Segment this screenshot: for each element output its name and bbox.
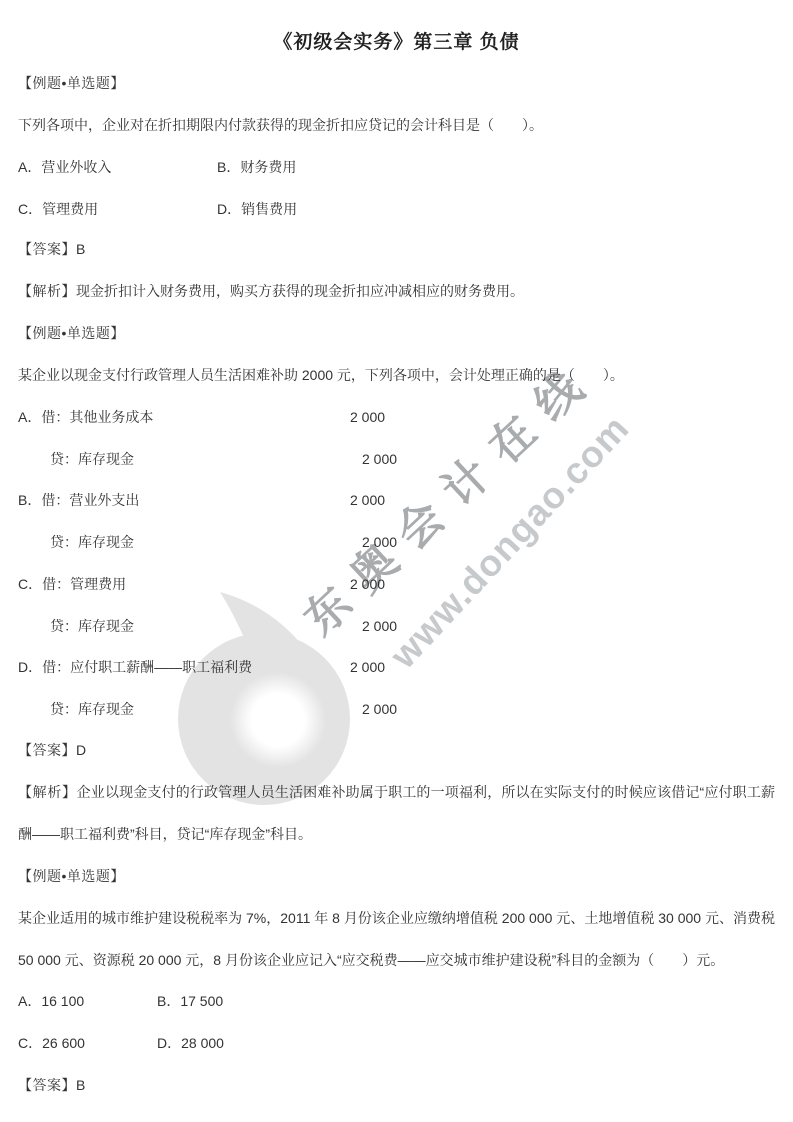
q3-option-d: D．28 000	[157, 1033, 224, 1053]
q2-entry-d-credit-line: 贷：库存现金 2 000	[18, 699, 775, 719]
q1-analysis-line: 【解析】现金折扣计入财务费用，购买方获得的现金折扣应冲减相应的财务费用。	[18, 281, 775, 301]
q2-entry-c-debit-amount: 2 000	[350, 574, 385, 594]
q2-entry-d-credit-amount: 2 000	[362, 699, 397, 719]
q3-options-row-2: C．26 600 D．28 000	[18, 1033, 775, 1053]
q2-analysis-line-1: 【解析】企业以现金支付的行政管理人员生活困难补助属于职工的一项福利，所以在实际支…	[18, 782, 775, 802]
q1-options-row-1: A．营业外收入 B．财务费用	[18, 157, 775, 177]
q1-options-row-2: C．管理费用 D．销售费用	[18, 199, 775, 219]
q3-example-tag: 【例题•单选题】	[18, 866, 775, 886]
q2-entry-b-credit-amount: 2 000	[362, 532, 397, 552]
q1-option-c: C．管理费用	[18, 201, 98, 217]
q3-stem-line-1: 某企业适用的城市维护建设税税率为 7%，2011 年 8 月份该企业应缴纳增值税…	[18, 908, 775, 928]
q1-answer-value: B	[76, 241, 85, 257]
q2-entry-a-credit-label: 贷：库存现金	[50, 449, 134, 469]
q2-entry-b-credit-label: 贷：库存现金	[50, 532, 134, 552]
q2-entry-c-debit-line: C．借：管理费用 2 000	[18, 574, 775, 594]
q2-entry-b-credit-line: 贷：库存现金 2 000	[18, 532, 775, 552]
q2-example-tag: 【例题•单选题】	[18, 323, 775, 343]
q2-entry-a-credit-line: 贷：库存现金 2 000	[18, 449, 775, 469]
q2-answer-value: D	[76, 742, 86, 758]
q2-entry-d-credit-label: 贷：库存现金	[50, 699, 134, 719]
document-content: 《初级会实务》第三章 负债 【例题•单选题】 下列各项中，企业对在折扣期限内付款…	[0, 0, 793, 1122]
q1-example-tag: 【例题•单选题】	[18, 73, 775, 93]
q1-option-d: D．销售费用	[217, 199, 297, 219]
q3-option-c: C．26 600	[18, 1035, 85, 1051]
q2-answer-tag: 【答案】	[18, 742, 76, 758]
q3-answer-tag: 【答案】	[18, 1077, 76, 1093]
q1-stem: 下列各项中，企业对在折扣期限内付款获得的现金折扣应贷记的会计科目是（ ）。	[18, 115, 775, 135]
document-page: 东奥会计在线 www.dongao.com 《初级会实务》第三章 负债 【例题•…	[0, 0, 793, 1122]
q1-answer-line: 【答案】B	[18, 239, 775, 259]
q1-option-b: B．财务费用	[217, 157, 296, 177]
q1-option-a: A．营业外收入	[18, 159, 111, 175]
q2-entry-d-debit-line: D．借：应付职工薪酬——职工福利费 2 000	[18, 657, 775, 677]
q2-analysis-text-1: 企业以现金支付的行政管理人员生活困难补助属于职工的一项福利，所以在实际支付的时候…	[77, 784, 775, 800]
q2-entry-c-credit-label: 贷：库存现金	[50, 616, 134, 636]
q2-analysis-line-2: 酬——职工福利费”科目，贷记“库存现金”科目。	[18, 824, 775, 844]
q2-entry-c-credit-line: 贷：库存现金 2 000	[18, 616, 775, 636]
q3-options-row-1: A．16 100 B．17 500	[18, 991, 775, 1011]
q2-entry-a-debit-amount: 2 000	[350, 407, 385, 427]
q3-option-b: B．17 500	[157, 991, 223, 1011]
q2-answer-line: 【答案】D	[18, 740, 775, 760]
q2-entry-b-debit-line: B．借：营业外支出 2 000	[18, 490, 775, 510]
q2-entry-d-debit-amount: 2 000	[350, 657, 385, 677]
q2-entry-c-credit-amount: 2 000	[362, 616, 397, 636]
q3-answer-line: 【答案】B	[18, 1075, 775, 1095]
q2-analysis-tag: 【解析】	[18, 784, 77, 800]
q2-entry-c-debit-label: C．借：管理费用	[18, 576, 126, 592]
q2-entry-b-debit-label: B．借：营业外支出	[18, 492, 139, 508]
q2-entry-d-debit-label: D．借：应付职工薪酬——职工福利费	[18, 659, 252, 675]
q1-analysis-text: 现金折扣计入财务费用，购买方获得的现金折扣应冲减相应的财务费用。	[76, 283, 524, 299]
q2-entry-a-debit-line: A．借：其他业务成本 2 000	[18, 407, 775, 427]
q2-entry-b-debit-amount: 2 000	[350, 490, 385, 510]
q3-option-a: A．16 100	[18, 993, 84, 1009]
q1-answer-tag: 【答案】	[18, 241, 76, 257]
q1-analysis-tag: 【解析】	[18, 283, 76, 299]
q3-stem-line-2: 50 000 元、资源税 20 000 元，8 月份该企业应记入“应交税费——应…	[18, 950, 775, 970]
q3-answer-value: B	[76, 1077, 85, 1093]
chapter-title: 《初级会实务》第三章 负债	[0, 27, 793, 54]
q2-stem: 某企业以现金支付行政管理人员生活困难补助 2000 元，下列各项中，会计处理正确…	[18, 365, 775, 385]
q2-entry-a-debit-label: A．借：其他业务成本	[18, 409, 153, 425]
q2-entry-a-credit-amount: 2 000	[362, 449, 397, 469]
